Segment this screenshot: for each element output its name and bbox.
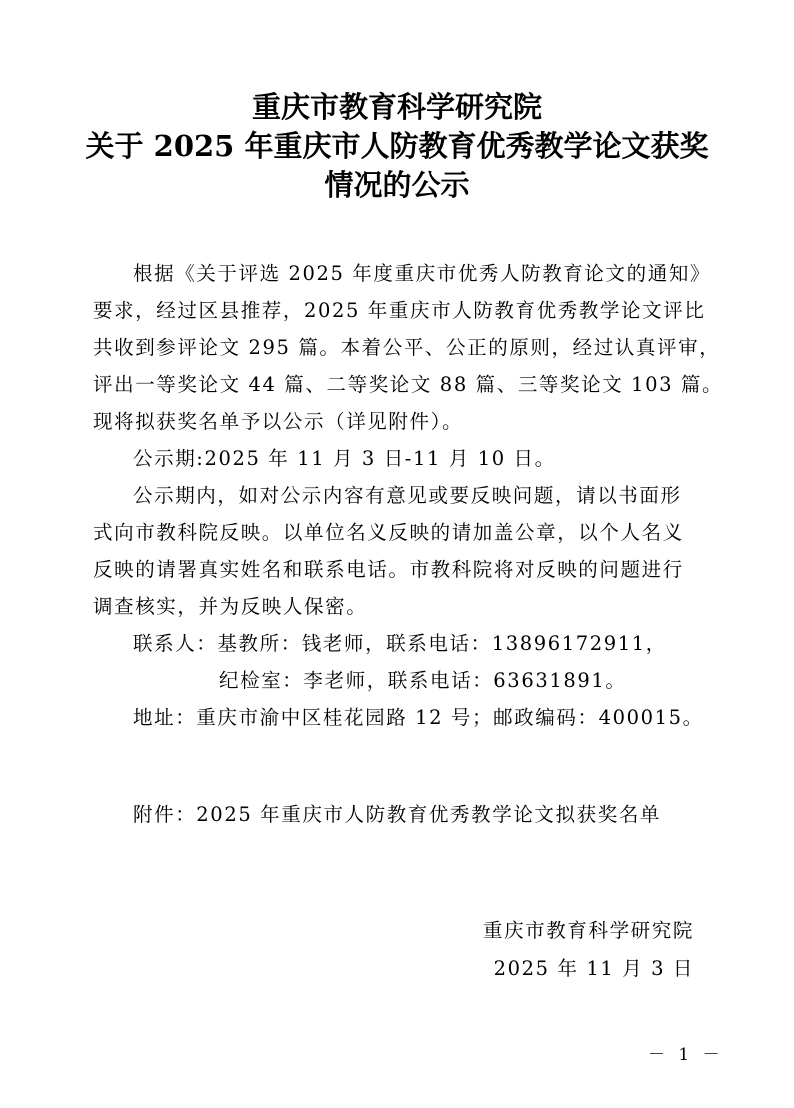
- paragraph-line: 根据《关于评选 2025 年度重庆市优秀人防教育论文的通知》: [93, 255, 693, 292]
- document-page: 重庆市教育科学研究院 关于 2025 年重庆市人防教育优秀教学论文获奖 情况的公…: [0, 0, 794, 1108]
- signature-organization: 重庆市教育科学研究院: [483, 912, 694, 949]
- paragraph-line: 共收到参评论文 295 篇。本着公平、公正的原则，经过认真评审，: [93, 329, 693, 366]
- title-line-subject-cont: 情况的公示: [0, 166, 794, 205]
- page-number: － 1 －: [648, 1040, 724, 1065]
- paragraph-line: 公示期内，如对公示内容有意见或要反映问题，请以书面形: [93, 477, 693, 514]
- attachment-line: 附件：2025 年重庆市人防教育优秀教学论文拟获奖名单: [93, 796, 693, 833]
- paragraph-line: 要求，经过区县推荐，2025 年重庆市人防教育优秀教学论文评比: [93, 292, 693, 329]
- paragraph-line: 反映的请署真实姓名和联系电话。市教科院将对反映的问题进行: [93, 551, 693, 588]
- paragraph-line: 式向市教科院反映。以单位名义反映的请加盖公章，以个人名义: [93, 514, 693, 551]
- contact-line-discipline-office: 纪检室：李老师，联系电话：63631891。: [93, 662, 693, 699]
- document-title: 重庆市教育科学研究院 关于 2025 年重庆市人防教育优秀教学论文获奖 情况的公…: [0, 88, 794, 205]
- title-line-subject: 关于 2025 年重庆市人防教育优秀教学论文获奖: [0, 127, 794, 166]
- publicity-period: 公示期:2025 年 11 月 3 日-11 月 10 日。: [93, 440, 693, 477]
- signature-date: 2025 年 11 月 3 日: [494, 950, 694, 987]
- title-line-organization: 重庆市教育科学研究院: [0, 88, 794, 127]
- paragraph-announcement: 根据《关于评选 2025 年度重庆市优秀人防教育论文的通知》 要求，经过区县推荐…: [93, 255, 693, 736]
- contact-line-basic-education: 联系人：基教所：钱老师，联系电话：13896172911，: [93, 625, 693, 662]
- attachment-note: 附件：2025 年重庆市人防教育优秀教学论文拟获奖名单: [93, 796, 693, 833]
- paragraph-line: 评出一等奖论文 44 篇、二等奖论文 88 篇、三等奖论文 103 篇。: [93, 366, 693, 403]
- paragraph-line: 现将拟获奖名单予以公示（详见附件）。: [93, 403, 693, 440]
- paragraph-line: 调查核实，并为反映人保密。: [93, 588, 693, 625]
- address-line: 地址：重庆市渝中区桂花园路 12 号；邮政编码：400015。: [93, 699, 693, 736]
